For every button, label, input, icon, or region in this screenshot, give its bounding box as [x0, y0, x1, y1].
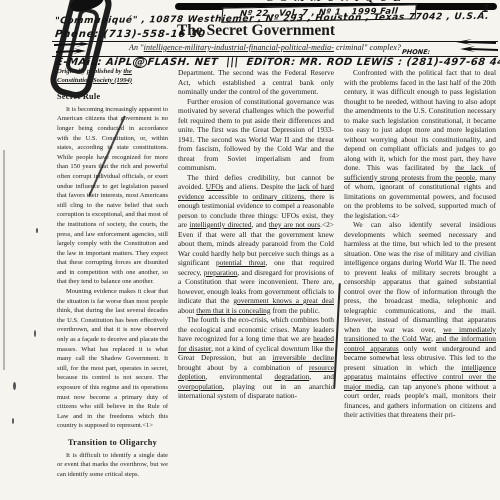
email-prefix: E-MAiL: AiPL: [55, 57, 133, 68]
scan-speck: [34, 330, 36, 337]
separator-bars: |||: [226, 57, 240, 68]
column-2: Department. The second was the Federal R…: [178, 68, 334, 500]
paragraph: Department. The second was the Federal R…: [178, 68, 334, 97]
editor-info: EDiTOR: MR. ROD LEWiS : (281)-497-68 44: [246, 57, 500, 68]
subtitle: An "intelligence-military-industrial-fin…: [90, 43, 440, 52]
paragraph: Confronted with the political fact that …: [344, 68, 496, 220]
section-heading-transition-to-oligarchy: Transition to Oligarchy: [57, 438, 168, 448]
paragraph: The fourth is the eco-crisis, which comb…: [178, 315, 334, 401]
paragraph: Mounting evidence makes it clear that th…: [57, 287, 168, 431]
scan-speck: [36, 228, 38, 233]
subtitle-underlined: intelligence-military-industrial-financi…: [144, 43, 334, 52]
paragraph: Further erosion of constitutional govern…: [178, 97, 334, 173]
paragraph: It is difficult to identify a single dat…: [57, 451, 168, 480]
scan-speck: [12, 418, 14, 424]
column-3: Confronted with the political fact that …: [344, 68, 496, 500]
subtitle-prefix: An ": [129, 43, 144, 52]
scan-speck: [13, 382, 16, 390]
paragraph: We can also identify several insidious d…: [344, 220, 496, 420]
attribution-note: Originally published by the Constitution…: [57, 68, 159, 85]
subtitle-suffix: criminal" complex?: [334, 43, 401, 52]
scan-edge-artifact: [3, 150, 5, 370]
article-columns: Originally published by the Constitution…: [57, 68, 498, 500]
page-title: The Secret Government: [167, 22, 345, 40]
email-domain: FLASH. NET: [147, 57, 219, 68]
phone-label-annotation: PHONE:: [402, 48, 431, 56]
section-heading-secret-rule: Secret Rule: [57, 92, 168, 102]
left-arrows-icon: [452, 38, 498, 53]
right-arrows-icon: [52, 40, 92, 55]
column-1: Originally published by the Constitution…: [57, 68, 168, 500]
email-editor-line: E-MAiL: AiPL@FLASH. NET ||| EDiTOR: MR. …: [55, 57, 498, 68]
paragraph: It is becoming increasingly apparent to …: [57, 105, 168, 287]
scanned-newsletter-page: COMMUNIQUE Nº 22 , Vol. 7 , Nº 1 , 1999 …: [0, 0, 500, 500]
paragraph: The third defies credibility, but cannot…: [178, 173, 334, 316]
